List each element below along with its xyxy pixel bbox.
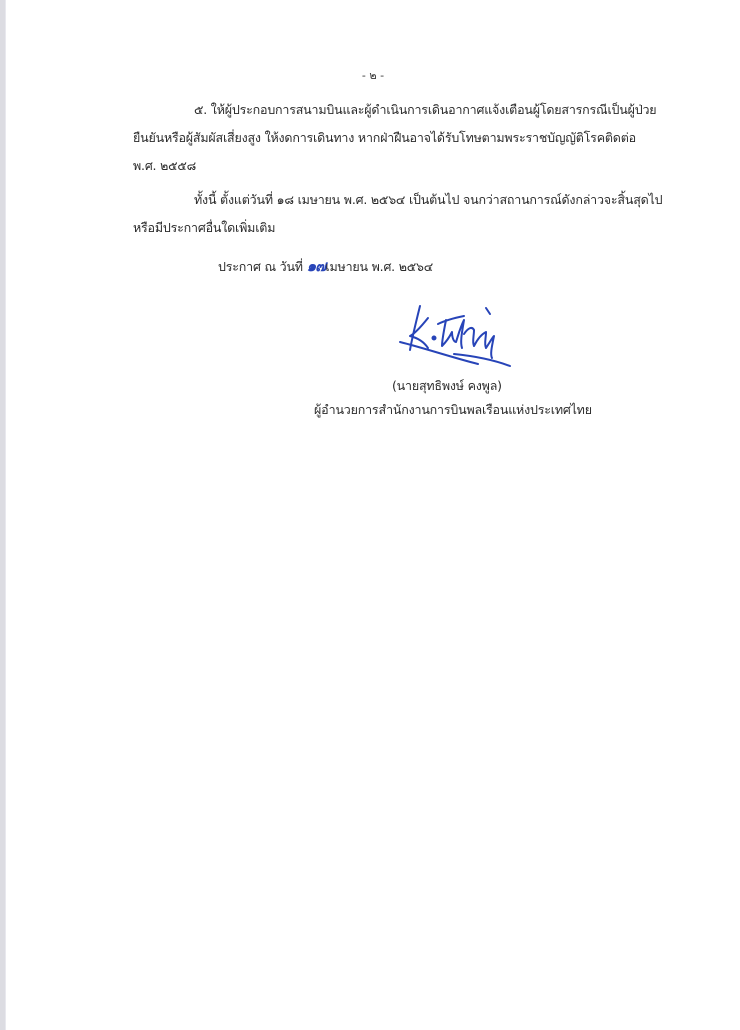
signature-icon (394, 298, 514, 370)
document-page: - ๒ - ๕. ให้ผู้ประกอบการสนามบินและผู้ดำเ… (6, 0, 740, 1030)
signer-name: (นายสุทธิพงษ์ คงพูล) (392, 376, 502, 396)
paragraph-5-line-1: ๕. ให้ผู้ประกอบการสนามบินและผู้ดำเนินการ… (194, 100, 656, 120)
effective-date-line-2: หรือมีประกาศอื่นใดเพิ่มเติม (133, 218, 275, 238)
handwritten-day: ๑๗ (307, 257, 326, 275)
announcement-prefix: ประกาศ ณ วันที่ (218, 259, 307, 274)
effective-date-line-1: ทั้งนี้ ตั้งแต่วันที่ ๑๘ เมษายน พ.ศ. ๒๕๖… (194, 190, 662, 210)
announcement-suffix: เมษายน พ.ศ. ๒๕๖๔ (325, 259, 433, 274)
signer-title: ผู้อำนวยการสำนักงานการบินพลเรือนแห่งประเ… (314, 400, 592, 420)
paragraph-5-line-2: ยืนยันหรือผู้สัมผัสเสี่ยงสูง ให้งดการเดิ… (133, 128, 636, 148)
paragraph-5-line-3: พ.ศ. ๒๕๕๘ (133, 156, 196, 176)
announcement-date: ประกาศ ณ วันที่ ๑๗เมษายน พ.ศ. ๒๕๖๔ (218, 254, 433, 278)
page-number: - ๒ - (6, 66, 740, 84)
